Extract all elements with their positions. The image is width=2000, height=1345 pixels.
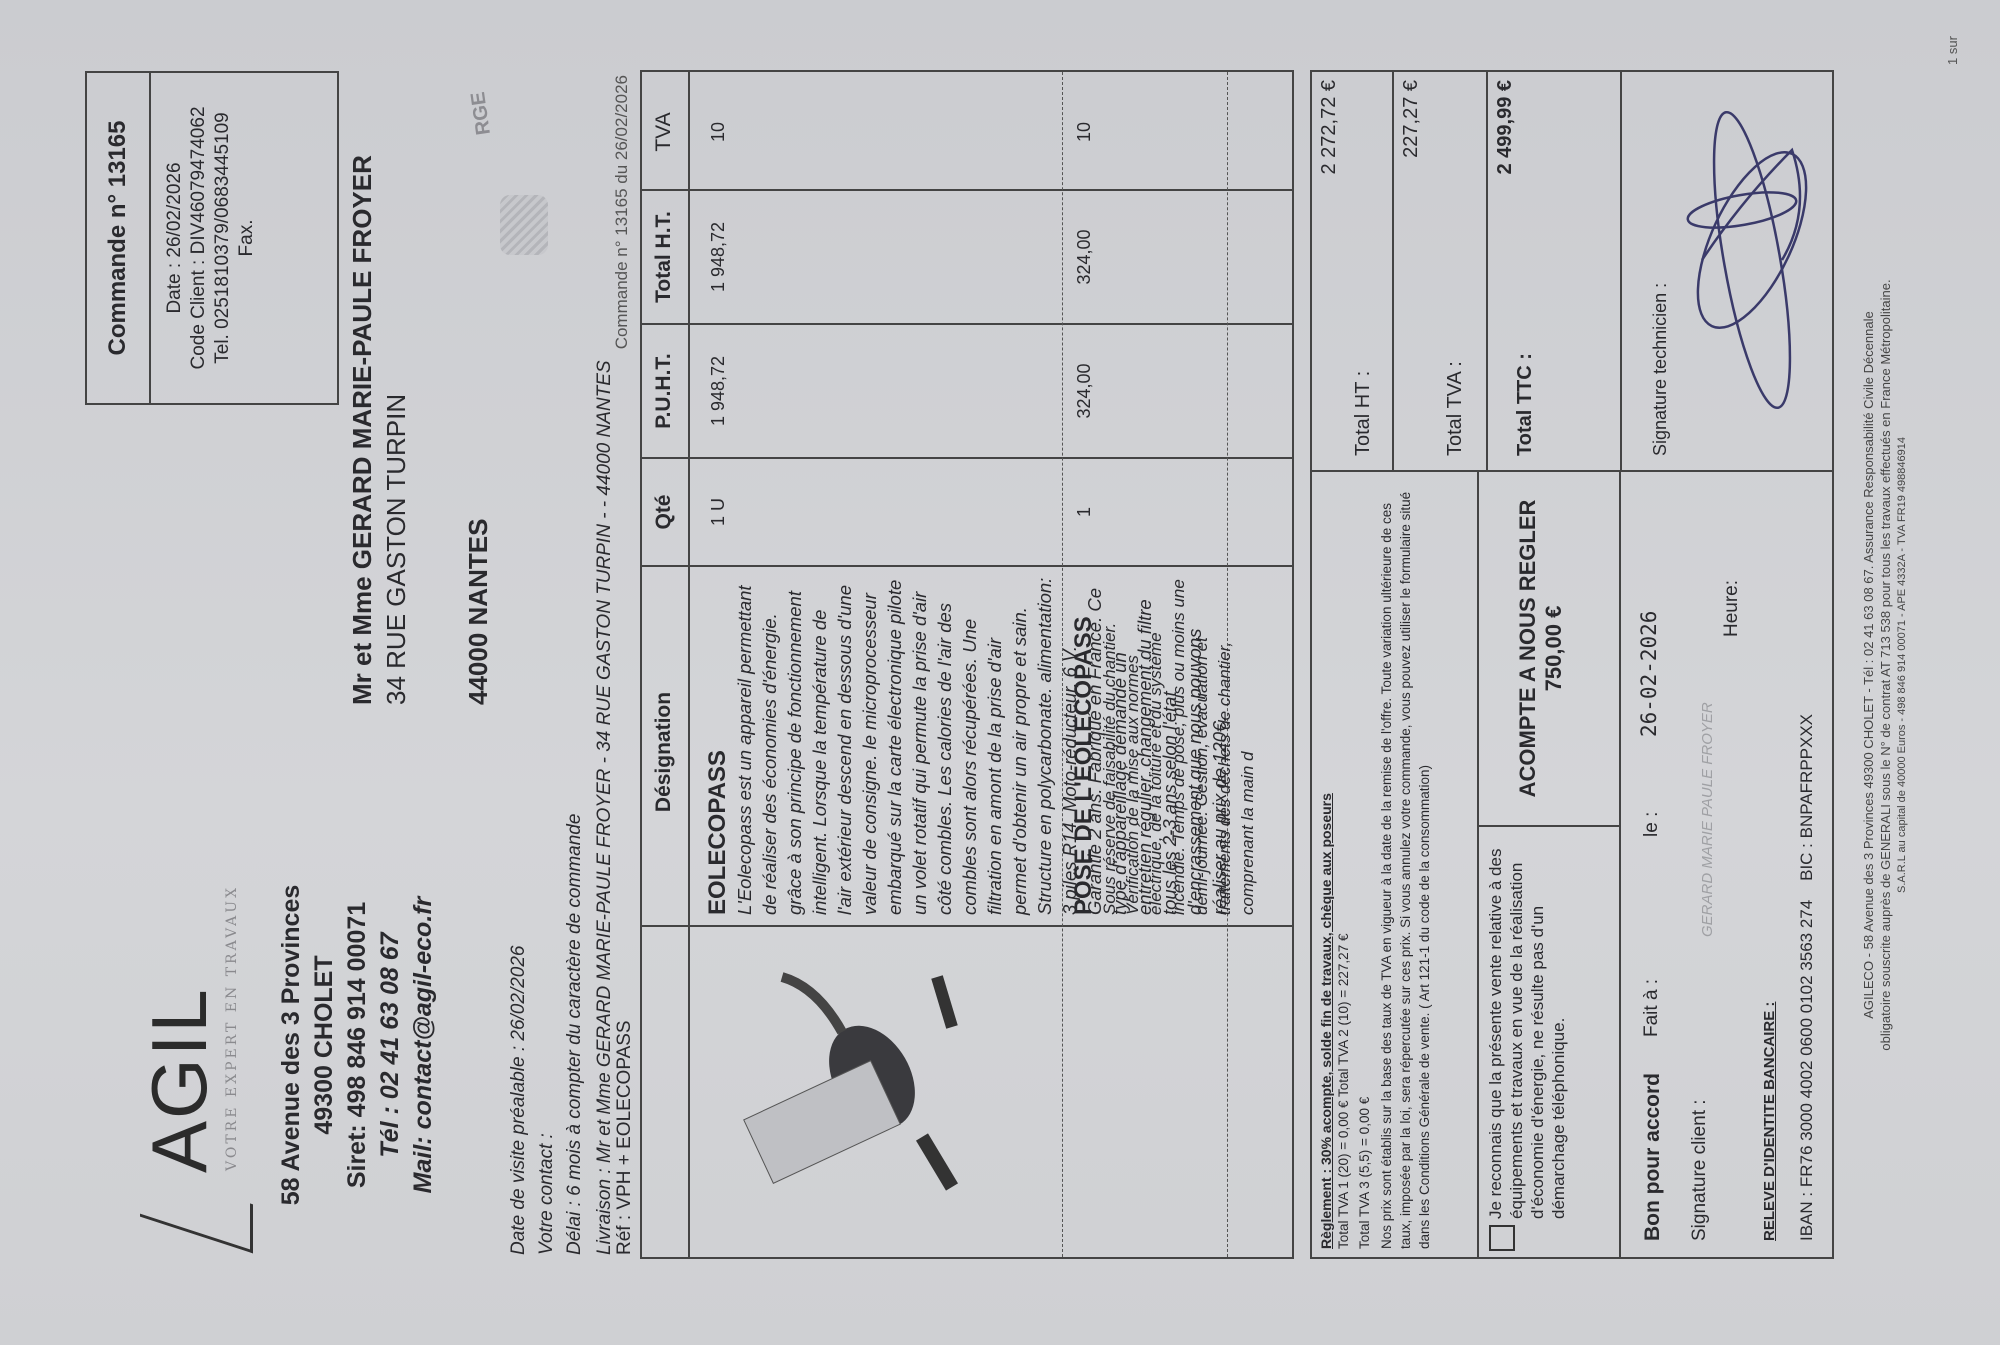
client-tel: Tel. 0251810379/0683445109 — [211, 73, 235, 403]
total-tva-row: Total TVA : 227,27 € — [1394, 72, 1488, 470]
technician-signature-area: Signature technicien : — [1622, 72, 1832, 470]
signature-date[interactable]: 26-02-2026 — [1637, 611, 1661, 737]
total-ttc-value: 2 499,99 € — [1494, 80, 1517, 175]
payment-section: Règlement : 30% acompte, solde fin de tr… — [1310, 70, 1834, 1259]
company-city: 49300 CHOLET — [308, 825, 341, 1265]
item-qty: 1 U — [708, 459, 729, 565]
item-title: EOLECOPASS — [704, 577, 732, 915]
company-logo: AGIL VOTRE EXPERT EN TRAVAUX — [120, 875, 260, 1235]
total-tva-value: 227,27 € — [1400, 80, 1423, 158]
visit-contact: Votre contact : — [533, 360, 561, 1255]
order-document-page: AGIL VOTRE EXPERT EN TRAVAUX 58 Avenue d… — [0, 0, 2000, 1345]
logo-tagline: VOTRE EXPERT EN TRAVAUX — [224, 885, 240, 1171]
bon-pour-accord: Bon pour accord — [1641, 1073, 1665, 1241]
tva-breakdown-2: Total TVA 3 (5,5) = 0,00 € — [1356, 479, 1373, 1249]
tva-breakdown-1: Total TVA 1 (20) = 0,00 € Total TVA 2 (1… — [1335, 479, 1352, 1249]
client-code: Code Client : DIV46079474062 — [187, 73, 211, 403]
item-tva: 10 — [1074, 75, 1095, 189]
client-fax: Fax. — [235, 73, 259, 403]
deposit-label: ACOMPTE A NOUS REGLER — [1515, 472, 1541, 825]
client-name-faint: GERARD MARIE PAULE FROYER — [1699, 702, 1716, 937]
payment-terms-title: Règlement : 30% acompte, solde fin de tr… — [1318, 793, 1334, 1249]
total-ht-row: Total HT : 2 272,72 € — [1312, 72, 1394, 470]
company-tel: Tél : 02 41 63 08 67 — [374, 825, 407, 1265]
client-street: 34 RUE GASTON TURPIN — [379, 155, 413, 705]
acknowledgement-checkbox[interactable] — [1489, 1225, 1515, 1251]
payment-terms: Règlement : 30% acompte, solde fin de tr… — [1318, 479, 1434, 1249]
bank-details: IBAN : FR76 3000 4002 0600 0102 3563 274… — [1797, 714, 1817, 1241]
item-puht: 324,00 — [1074, 325, 1095, 457]
rge-stamp: RGE — [467, 90, 496, 136]
acknowledgement-text: Je reconnais que la présente vente relat… — [1485, 835, 1569, 1219]
footer-line-1: AGILECO - 58 Avenue des 3 Provinces 4930… — [1860, 75, 1877, 1255]
company-info: 58 Avenue des 3 Provinces 49300 CHOLET S… — [275, 825, 440, 1265]
order-header-box: Commande n° 13165 Date : 26/02/2026 Code… — [85, 71, 339, 405]
order-date: Date : 26/02/2026 — [163, 73, 187, 403]
table-row: POSE DE L'EOLECOPASS Sous réserve de fai… — [1070, 577, 1259, 915]
company-siret: Siret: 498 846 914 00071 — [341, 825, 374, 1265]
legal-footer: AGILECO - 58 Avenue des 3 Provinces 4930… — [1860, 75, 1911, 1255]
logo-wordmark: AGIL — [134, 987, 225, 1173]
heure-label: Heure: — [1721, 580, 1743, 637]
logo-bracket-icon — [140, 1168, 253, 1254]
item-description: Sous réserve de faisabilité du chantier.… — [1098, 577, 1259, 915]
company-mail[interactable]: Mail: contact@agil-eco.fr — [407, 825, 440, 1265]
item-puht: 1 948,72 — [708, 325, 729, 457]
eolecopass-product-image — [722, 947, 972, 1227]
footer-line-2: obligatoire souscrite auprès de GENERALI… — [1877, 75, 1894, 1255]
total-ttc-row: Total TTC : 2 499,99 € — [1488, 72, 1622, 470]
footer-line-3: S.A.R.L au capital de 40000 Euros - 498 … — [1894, 75, 1911, 1255]
client-address-block: Mr et Mme GERARD MARIE-PAULE FROYER 34 R… — [345, 155, 495, 705]
item-qty: 1 — [1074, 459, 1095, 565]
rge-logo-icon — [500, 195, 548, 255]
order-items-table: Désignation Qté P.U.H.T. Total H.T. TVA … — [640, 70, 1294, 1259]
agreement-block: Bon pour accord Fait à : le : 26-02-2026… — [1621, 472, 1829, 1257]
client-signature-label: Signature client : — [1689, 1099, 1711, 1241]
visit-delay: Délai : 6 mois à compter du caractère de… — [561, 360, 589, 1255]
bank-title: RELEVE D'IDENTITE BANCAIRE : — [1761, 1002, 1778, 1241]
order-title: Commande n° 13165 — [87, 73, 151, 403]
item-total-ht: 324,00 — [1074, 191, 1095, 323]
client-city: 44000 NANTES — [461, 155, 495, 705]
technician-signature-icon — [1682, 90, 1822, 410]
technician-signature-label: Signature technicien : — [1650, 283, 1671, 456]
col-tva: TVA — [652, 75, 676, 189]
item-total-ht: 1 948,72 — [708, 191, 729, 323]
col-qty: Qté — [652, 459, 676, 565]
price-notice: Nos prix sont établis sur la base des ta… — [1377, 479, 1434, 1249]
fait-a-label: Fait à : — [1641, 979, 1663, 1037]
col-puht: P.U.H.T. — [652, 325, 676, 457]
deposit-block: ACOMPTE A NOUS REGLER 750,00 € — [1479, 472, 1619, 825]
iban: IBAN : FR76 3000 4002 0600 0102 3563 274 — [1797, 900, 1816, 1241]
le-label: le : — [1641, 812, 1663, 837]
col-total-ht: Total H.T. — [652, 191, 676, 323]
acknowledgement-block: Je reconnais que la présente vente relat… — [1479, 825, 1619, 1257]
table-header: Désignation Qté P.U.H.T. Total H.T. TVA — [642, 72, 690, 1257]
bic: BIC : BNPAFRPPXXX — [1797, 714, 1816, 881]
total-ht-value: 2 272,72 € — [1318, 80, 1341, 175]
company-address: 58 Avenue des 3 Provinces — [275, 825, 308, 1265]
col-designation: Désignation — [652, 577, 676, 927]
page-number: 1 sur — [1945, 36, 1960, 65]
item-title: POSE DE L'EOLECOPASS — [1070, 577, 1098, 915]
order-reference-line: Commande n° 13165 du 26/02/2026 — [612, 75, 632, 635]
visit-date: Date de visite préalable : 26/02/2026 — [505, 360, 533, 1255]
client-name: Mr et Mme GERARD MARIE-PAULE FROYER — [345, 155, 379, 705]
item-tva: 10 — [708, 75, 729, 189]
deposit-value: 750,00 € — [1541, 472, 1567, 825]
